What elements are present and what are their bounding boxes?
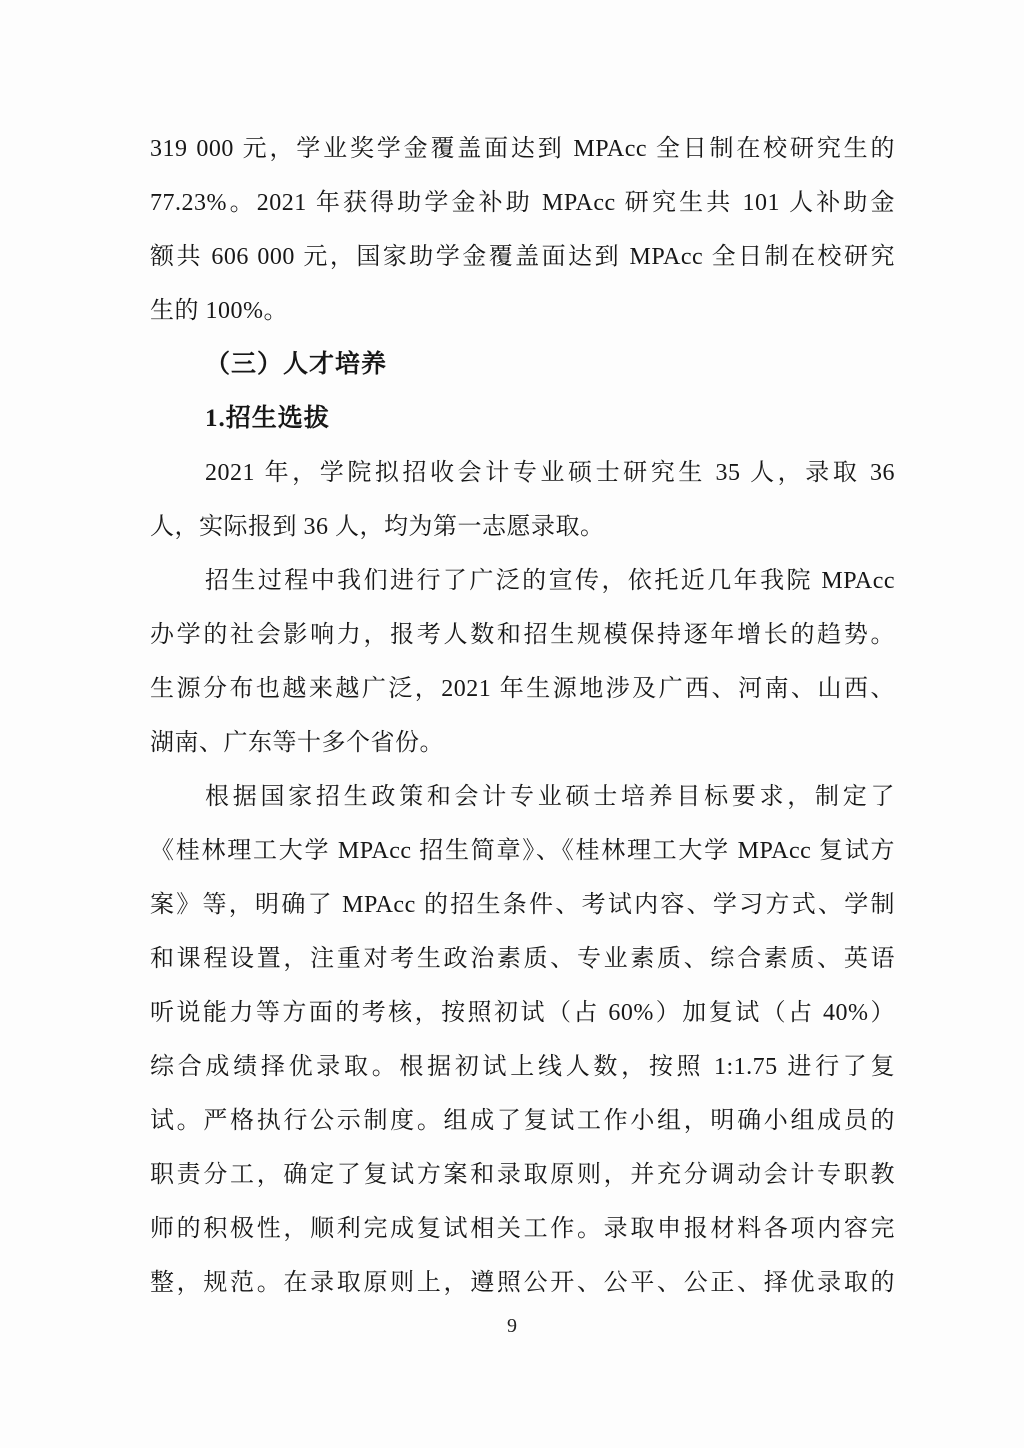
paragraph: 319 000 元，学业奖学金覆盖面达到 MPAcc 全日制在校研究生的77.2… [150,122,895,338]
text-line: 和课程设置，注重对考生政治素质、专业素质、综合素质、英语 [150,932,895,986]
text-line: 整，规范。在录取原则上，遵照公开、公平、公正、择优录取的 [150,1256,895,1310]
text-line: 办学的社会影响力，报考人数和招生规模保持逐年增长的趋势。 [150,608,895,662]
text-line: 师的积极性，顺利完成复试相关工作。录取申报材料各项内容完 [150,1202,895,1256]
text-line: 听说能力等方面的考核，按照初试（占 60%）加复试（占 40%） [150,986,895,1040]
paragraph: 招生过程中我们进行了广泛的宣传，依托近几年我院 MPAcc办学的社会影响力，报考… [150,554,895,770]
document-body: 319 000 元，学业奖学金覆盖面达到 MPAcc 全日制在校研究生的77.2… [150,122,895,1310]
document-page: 319 000 元，学业奖学金覆盖面达到 MPAcc 全日制在校研究生的77.2… [0,0,1024,1448]
text-line: 招生过程中我们进行了广泛的宣传，依托近几年我院 MPAcc [150,554,895,608]
text-line: 试。严格执行公示制度。组成了复试工作小组，明确小组成员的 [150,1094,895,1148]
paragraph: 根据国家招生政策和会计专业硕士培养目标要求，制定了《桂林理工大学 MPAcc 招… [150,770,895,1310]
text-line: 额共 606 000 元，国家助学金覆盖面达到 MPAcc 全日制在校研究 [150,230,895,284]
text-line: 职责分工，确定了复试方案和录取原则，并充分调动会计专职教 [150,1148,895,1202]
text-line: 根据国家招生政策和会计专业硕士培养目标要求，制定了 [150,770,895,824]
text-line: 77.23%。2021 年获得助学金补助 MPAcc 研究生共 101 人补助金 [150,176,895,230]
text-line: 生的 100%。 [150,284,895,338]
page-footer: 9 [0,1312,1024,1340]
text-line: 湖南、广东等十多个省份。 [150,716,895,770]
text-line: 人，实际报到 36 人，均为第一志愿录取。 [150,500,895,554]
text-line: （三）人才培养 [150,338,895,392]
text-line: 综合成绩择优录取。根据初试上线人数，按照 1:1.75 进行了复 [150,1040,895,1094]
text-line: 1.招生选拔 [150,392,895,446]
subsection-heading: 1.招生选拔 [150,392,895,446]
text-line: 案》等，明确了 MPAcc 的招生条件、考试内容、学习方式、学制 [150,878,895,932]
text-line: 《桂林理工大学 MPAcc 招生简章》、《桂林理工大学 MPAcc 复试方 [150,824,895,878]
paragraph: 2021 年，学院拟招收会计专业硕士研究生 35 人，录取 36人，实际报到 3… [150,446,895,554]
section-heading: （三）人才培养 [150,338,895,392]
text-line: 2021 年，学院拟招收会计专业硕士研究生 35 人，录取 36 [150,446,895,500]
page-number: 9 [507,1315,517,1337]
text-line: 319 000 元，学业奖学金覆盖面达到 MPAcc 全日制在校研究生的 [150,122,895,176]
text-line: 生源分布也越来越广泛，2021 年生源地涉及广西、河南、山西、 [150,662,895,716]
